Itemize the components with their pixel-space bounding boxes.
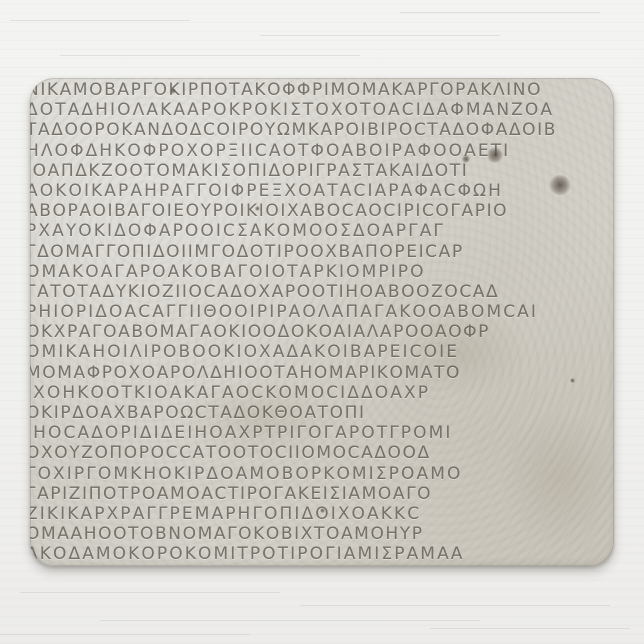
inscription-row: ΝΙΚΑΜΟΒΑΡΓΟΚΙΡΠΟΤΑΚΟΦΦΡΙΜΟΜΑΚΑΡΓΟΡΑΚΛΙΝΟ <box>30 80 614 100</box>
stone-pit <box>170 88 176 94</box>
inscription-row: ΑΒΟΡΑΟΙΒΑΓΟΙΕΟΥΡΟΙΚΙΟΙΧΑΒΟCΑΟCΙΡΙCΟΓΑΡΙΟ <box>30 201 614 221</box>
inscription-row: ΑΟΚΟΙΚΑΡΑΗΡΑΓΓΟΙΦΡΕΞΧΟΑΤΑCΙΑΡΑΦΑCΦΩΗ <box>30 181 614 201</box>
inscription-row: ΓΔΟΜΑΓΓΟΠΙΔΟΙΙΜΓΟΔΟΤΙΡΟΟΧΒΑΠΟΡΕΙCΑΡ <box>30 242 614 262</box>
wood-grain <box>400 12 600 13</box>
inscription-row: ΟΧΟΥΖΟΠΟΡΟCCΑΤΟΟΤΟCΙΙΟΜΟCΑΔΟΟΔ <box>30 443 614 463</box>
greek-inscription: ΝΙΚΑΜΟΒΑΡΓΟΚΙΡΠΟΤΑΚΟΦΦΡΙΜΟΜΑΚΑΡΓΟΡΑΚΛΙΝΟ… <box>30 80 614 565</box>
mousepad: ΝΙΚΑΜΟΒΑΡΓΟΚΙΡΠΟΤΑΚΟΦΦΡΙΜΟΜΑΚΑΡΓΟΡΑΚΛΙΝΟ… <box>30 78 614 566</box>
inscription-row: ΤΑΔΟΟΡΟΚΑΝΔΟΔCΟΙΡΟΥΩΜΚΑΡΟΙΒΙΡΟCΤΑΔΟΦΑΔΟΙ… <box>30 120 614 140</box>
inscription-row: ΟΜΑΚΟΑΓΑΡΟΑΚΟΒΑΓΟΙΟΤΑΡΚΙΟΜΡΙΡΟ <box>30 262 614 282</box>
stone-pit <box>320 508 325 513</box>
wood-grain <box>10 20 190 21</box>
wood-grain <box>430 628 630 629</box>
wood-grain <box>0 634 250 635</box>
inscription-row: ΡΗΙΟΡΙΔΟΑCΑΓΓΙΙΘΟΟΙΡΙΡΑΟΛΑΠΑΓΑΚΟΟΑΒΟΜCΑΙ <box>30 302 614 322</box>
inscription-row: ΔΟΤΑΔΗΙΟΛΑΚΑΑΡΟΚΡΟΚΙΣΤΟΧΟΤΟΑCΙΔΑΦΜΑΝΖΟΑ <box>30 100 614 120</box>
inscription-row: ΜΟΜΑΦΡΟΧΟΑΡΟΛΔΗΙΟΟΤΑΗΟΜΑΡΙΚΟΜΑΤΟ <box>30 363 614 383</box>
inscription-row: ΖΙΚΙΚΑΡΧΡΑΓΓΡΕΜΑΡΗΓΟΠΙΔΟΙΧΟΑΚΚC <box>30 504 614 524</box>
inscription-row: ΙΧΟΗΚΟΟΤΚΙΟΑΚΑΓΑΟCΚΟΜΟCΙΔΔΟΑΧΡ <box>30 383 614 403</box>
inscription-row: ΗΛΟΦΔΗΚΟΦΡΟΧΟΡΞΙΙCΑΟΤΦΟΑΒΟΙΡΑΦΟΟΑΕΤΙ <box>30 141 614 161</box>
inscription-row: ΡΧΑΥΟΚΙΔΟΦΑΡΟΟΙCΣΑΚΟΜΟΟΣΔΟΑΡΓΑΓ <box>30 221 614 241</box>
stone-pit <box>570 378 575 383</box>
wood-grain <box>100 620 480 621</box>
inscription-row: ΑΚΟΔΑΜΟΚΟΡΟΚΟΜΙΤΡΟΤΙΡΟΓΙΑΜΙΣΡΑΜΑΑ <box>30 544 614 564</box>
inscription-row: ΓΑΤΟΤΑΔΥΚΙΟΖΙΙΟCΑΔΟΧΑΡΟΟΤΙΗΟΑΒΟΟΖΟCΑΔ <box>30 282 614 302</box>
inscription-row: ΟΚΧΡΑΓΟΑΒΟΜΑΓΑΟΚΙΟΟΔΟΚΟΑΙΑΛΑΡΟΟΑΟΦΡ <box>30 322 614 342</box>
wood-grain <box>20 592 280 593</box>
product-scene: ΝΙΚΑΜΟΒΑΡΓΟΚΙΡΠΟΤΑΚΟΦΦΡΙΜΟΜΑΚΑΡΓΟΡΑΚΛΙΝΟ… <box>0 0 644 644</box>
wood-grain <box>60 55 360 56</box>
stone-pit <box>255 206 260 211</box>
stone-pit <box>462 155 470 163</box>
inscription-row: ΟΚΙΡΔΟΑΧΒΑΡΟΩCΤΑΔΟΚΘΟΑΤΟΠΙ <box>30 403 614 423</box>
inscription-row: ΓΑΡΙΖΙΠΟΤΡΟΑΜΟΑCΤΙΡΟΓΑΚΕΙΣΙΑΜΟΑΓΟ <box>30 484 614 504</box>
inscription-row: ΙΟΑΠΔΚΖΟΟΤΟΜΑΚΙΣΟΠΙΔΟΡΙΓΡΑΣΤΑΚΑΙΔΟΤΙ <box>30 161 614 181</box>
stone-pit <box>487 147 503 163</box>
inscription-row: ΙΗΟCΑΔΟΡΙΔΙΔΕΙΗΟΑΧΡΤΡΙΓΟΓΑΡΟΤΓΡΟΜΙ <box>30 423 614 443</box>
inscription-row: ΓΟΧΙΡΓΟΜΚΗΟΚΙΡΔΟΑΜΟΒΟΡΚΟΜΙΣΡΟΑΜΟ <box>30 464 614 484</box>
inscription-row: ΟΜΑΑΗΟΟΤΟΒΝΟΜΑΓΟΚΟΒΙΧΤΟΑΜΟΗΥΡ <box>30 524 614 544</box>
stone-pit <box>549 175 571 195</box>
inscription-row: ΟΜΙΚΑΗΟΙΛΙΡΟΒΟΟΚΙΟΧΑΔΑΚΟΙΒΑΡΕΙCΟΙΕ <box>30 342 614 362</box>
wood-grain <box>260 35 500 36</box>
wood-grain <box>300 605 610 606</box>
